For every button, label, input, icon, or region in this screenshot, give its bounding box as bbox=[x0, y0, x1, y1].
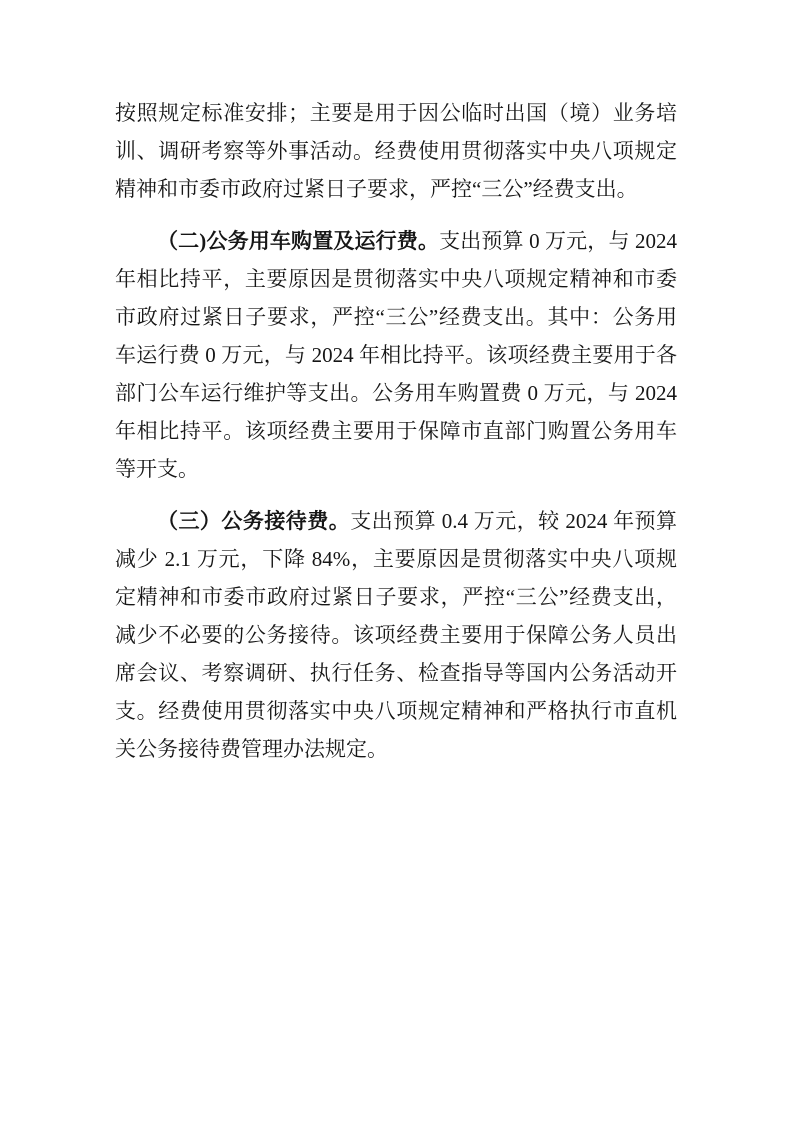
paragraph-body: 按照规定标准安排；主要是用于因公临时出国（境）业务培训、调研考察等外事活动。经费… bbox=[115, 101, 677, 201]
heading-official-reception-fees: （三）公务接待费。 bbox=[157, 509, 350, 533]
paragraph-official-vehicle-fees: （二)公务用车购置及运行费。支出预算 0 万元，与 2024 年相比持平，主要原… bbox=[115, 222, 677, 488]
paragraph-official-reception-fees: （三）公务接待费。支出预算 0.4 万元，较 2024 年预算减少 2.1 万元… bbox=[115, 502, 677, 768]
document-page: 按照规定标准安排；主要是用于因公临时出国（境）业务培训、调研考察等外事活动。经费… bbox=[0, 0, 793, 1122]
paragraph-body: 支出预算 0.4 万元，较 2024 年预算减少 2.1 万元，下降 84%，主… bbox=[115, 509, 677, 761]
heading-official-vehicle-fees: （二)公务用车购置及运行费。 bbox=[157, 229, 439, 253]
paragraph-body: 支出预算 0 万元，与 2024 年相比持平，主要原因是贯彻落实中央八项规定精神… bbox=[115, 229, 677, 481]
paragraph-foreign-affairs-funds: 按照规定标准安排；主要是用于因公临时出国（境）业务培训、调研考察等外事活动。经费… bbox=[115, 94, 677, 208]
